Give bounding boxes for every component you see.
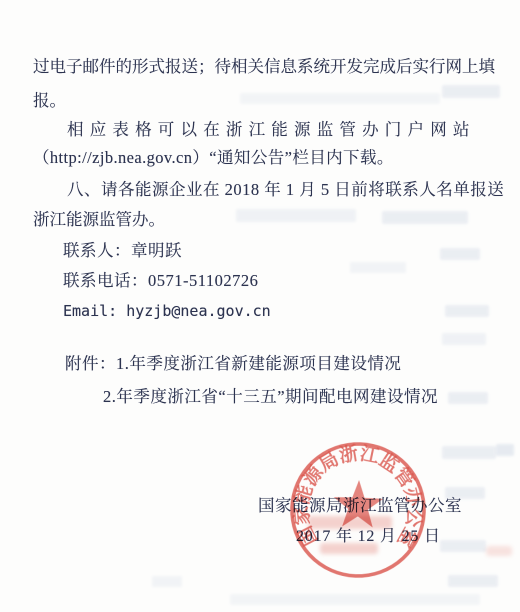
- bleedthrough-mark: [236, 209, 356, 222]
- seal-bleed-mark: [308, 516, 392, 529]
- seal-bleed-mark: [320, 543, 378, 554]
- bleedthrough-mark: [350, 262, 406, 273]
- bleedthrough-mark: [448, 575, 498, 587]
- bleedthrough-mark: [445, 487, 485, 499]
- bleedthrough-mark: [442, 333, 486, 345]
- bleedthrough-mark: [445, 305, 489, 317]
- bleedthrough-mark: [496, 444, 514, 456]
- official-seal-graphic: 国家能源局浙江监管办公室: [286, 438, 431, 583]
- contact-email: Email: hyzjb@nea.gov.cn: [63, 301, 271, 322]
- contact-phone: 联系电话：0571-51102726: [63, 270, 258, 291]
- attachment-line-1: 附件：1.年季度浙江省新建能源项目建设情况: [65, 353, 401, 374]
- seal-bleed-mark: [486, 546, 512, 556]
- contact-person: 联系人：章明跃: [63, 240, 182, 261]
- body-line-4-website-url: （http://zjb.nea.gov.cn）“通知公告”栏目内下载。: [33, 147, 394, 168]
- body-line-5-item-eight: 八、请各能源企业在 2018 年 1 月 5 日前将联系人名单报送: [67, 179, 504, 200]
- official-seal: 国家能源局浙江监管办公室: [286, 438, 431, 583]
- bleedthrough-mark: [442, 85, 500, 98]
- body-line-1: 过电子邮件的形式报送；待相关信息系统开发完成后实行网上填: [33, 56, 495, 77]
- body-line-3: 相应表格可以在浙江能源监管办门户网站: [67, 119, 476, 140]
- bleedthrough-mark: [448, 392, 488, 404]
- bleedthrough-mark: [230, 594, 480, 605]
- body-line-2: 报。: [33, 90, 66, 111]
- bleedthrough-mark: [240, 93, 440, 104]
- bleedthrough-mark: [440, 540, 486, 552]
- bleedthrough-mark: [152, 576, 182, 587]
- document-page: 过电子邮件的形式报送；待相关信息系统开发完成后实行网上填 报。 相应表格可以在浙…: [0, 0, 520, 612]
- bleedthrough-mark: [442, 446, 496, 459]
- bleedthrough-mark: [382, 211, 468, 224]
- body-line-6: 浙江能源监管办。: [33, 209, 165, 230]
- attachment-line-2: 2.年季度浙江省“十三五”期间配电网建设情况: [103, 386, 438, 407]
- bleedthrough-mark: [440, 248, 480, 260]
